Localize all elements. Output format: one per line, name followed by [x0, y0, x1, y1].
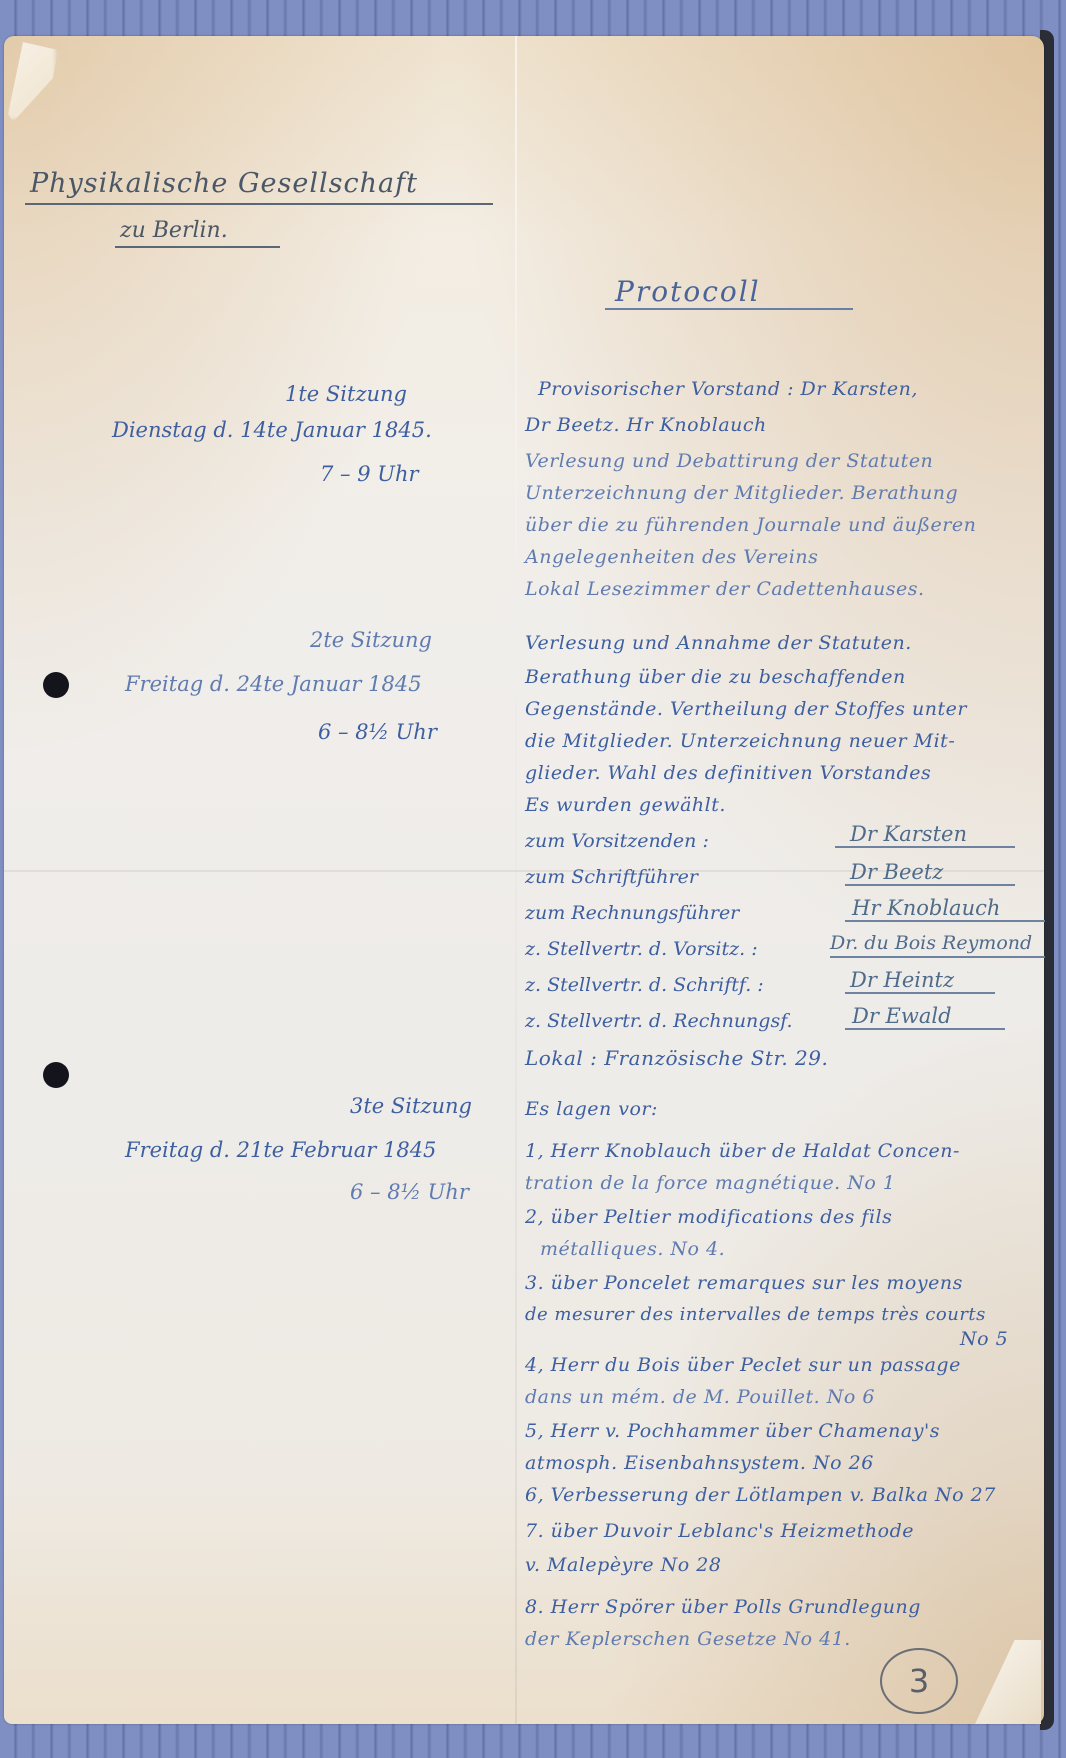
session-2-note: Verlesung und Annahme der Statuten. [525, 632, 912, 654]
officer-name: Hr Knoblauch [852, 896, 1000, 920]
officer-role: z. Stellvertr. d. Schriftf. : [525, 974, 764, 996]
session-1-note: Lokal Lesezimmer der Cadettenhauses. [525, 578, 925, 600]
officer-role: zum Vorsitzenden : [525, 830, 709, 852]
officer-underline [830, 956, 1045, 958]
officer-role: zum Rechnungsführer [525, 902, 739, 924]
lecture-item: No 5 [960, 1328, 1008, 1350]
lecture-item: 1, Herr Knoblauch über de Haldat Concen- [525, 1140, 960, 1162]
lecture-item: der Keplerschen Gesetze No 41. [525, 1628, 851, 1650]
session-1-note: Unterzeichnung der Mitglieder. Berathung [525, 482, 958, 504]
punch-hole-icon [43, 1062, 69, 1088]
lecture-item: 4, Herr du Bois über Peclet sur un passa… [525, 1354, 961, 1376]
lecture-item: atmosph. Eisenbahnsystem. No 26 [525, 1452, 874, 1474]
officer-underline [845, 992, 995, 994]
lecture-item: 6, Verbesserung der Lötlampen v. Balka N… [525, 1484, 996, 1506]
session-2-note: die Mitglieder. Unterzeichnung neuer Mit… [525, 730, 955, 752]
officer-role: zum Schriftführer [525, 866, 698, 888]
session-1-note: Provisorischer Vorstand : Dr Karsten, [538, 378, 918, 400]
officer-name: Dr Karsten [850, 822, 967, 846]
lecture-item: v. Malepèyre No 28 [525, 1554, 721, 1576]
session-2-note: Berathung über die zu beschaffenden [525, 666, 906, 688]
lecture-item: 2, über Peltier modifications des fils [525, 1206, 892, 1228]
officer-name: Dr Heintz [850, 968, 954, 992]
session-3-intro: Es lagen vor: [525, 1098, 658, 1120]
vertical-fold-crease [515, 36, 517, 1724]
title-underline [25, 203, 493, 205]
lecture-item: dans un mém. de M. Pouillet. No 6 [525, 1386, 875, 1408]
lecture-item: métalliques. No 4. [540, 1238, 725, 1260]
officer-underline [845, 920, 1045, 922]
lecture-item: 7. über Duvoir Leblanc's Heizmethode [525, 1520, 914, 1542]
session-1-note: über die zu führenden Journale und äußer… [525, 514, 976, 536]
session-2-date: Freitag d. 24te Januar 1845 [125, 672, 422, 696]
officer-underline [845, 884, 1015, 886]
session-1-number: 1te Sitzung [285, 382, 407, 406]
lecture-item: de mesurer des intervalles de temps très… [525, 1304, 986, 1325]
officer-name: Dr. du Bois Reymond [830, 932, 1032, 954]
session-1-note: Dr Beetz. Hr Knoblauch [525, 414, 767, 436]
session-3-time: 6 – 8½ Uhr [350, 1180, 469, 1204]
lecture-item: 3. über Poncelet remarques sur les moyen… [525, 1272, 963, 1294]
session-3-date: Freitag d. 21te Februar 1845 [125, 1138, 436, 1162]
punch-hole-icon [43, 672, 69, 698]
officer-underline [835, 846, 1015, 848]
lecture-item: tration de la force magnétique. No 1 [525, 1172, 895, 1194]
session-2-note: Gegenstände. Vertheilung der Stoffes unt… [525, 698, 967, 720]
session-1-time: 7 – 9 Uhr [320, 462, 419, 486]
officer-name: Dr Beetz [850, 860, 943, 884]
officer-role: z. Stellvertr. d. Rechnungsf. [525, 1010, 793, 1032]
officer-name: Dr Ewald [852, 1004, 952, 1028]
lecture-item: 8. Herr Spörer über Polls Grundlegung [525, 1596, 921, 1618]
officer-role: z. Stellvertr. d. Vorsitz. : [525, 938, 758, 960]
society-subtitle: zu Berlin. [120, 218, 228, 243]
subtitle-underline [115, 246, 280, 248]
officer-underline [845, 1028, 1005, 1030]
session-1-note: Angelegenheiten des Vereins [525, 546, 818, 568]
session-2-number: 2te Sitzung [310, 628, 432, 652]
session-2-note: Es wurden gewählt. [525, 794, 726, 816]
session-2-note: glieder. Wahl des definitiven Vorstandes [525, 762, 931, 784]
session-2-time: 6 – 8½ Uhr [318, 720, 437, 744]
protocol-heading: Protocoll [615, 275, 761, 308]
lecture-item: 5, Herr v. Pochhammer über Chamenay's [525, 1420, 940, 1442]
session-1-note: Verlesung und Debattirung der Statuten [525, 450, 933, 472]
session-1-date: Dienstag d. 14te Januar 1845. [112, 418, 432, 442]
session-3-number: 3te Sitzung [350, 1094, 472, 1118]
page-number-circled: 3 [880, 1648, 958, 1714]
protocol-underline [605, 308, 853, 310]
session-2-location: Lokal : Französische Str. 29. [525, 1046, 828, 1070]
society-title: Physikalische Gesellschaft [30, 168, 418, 199]
